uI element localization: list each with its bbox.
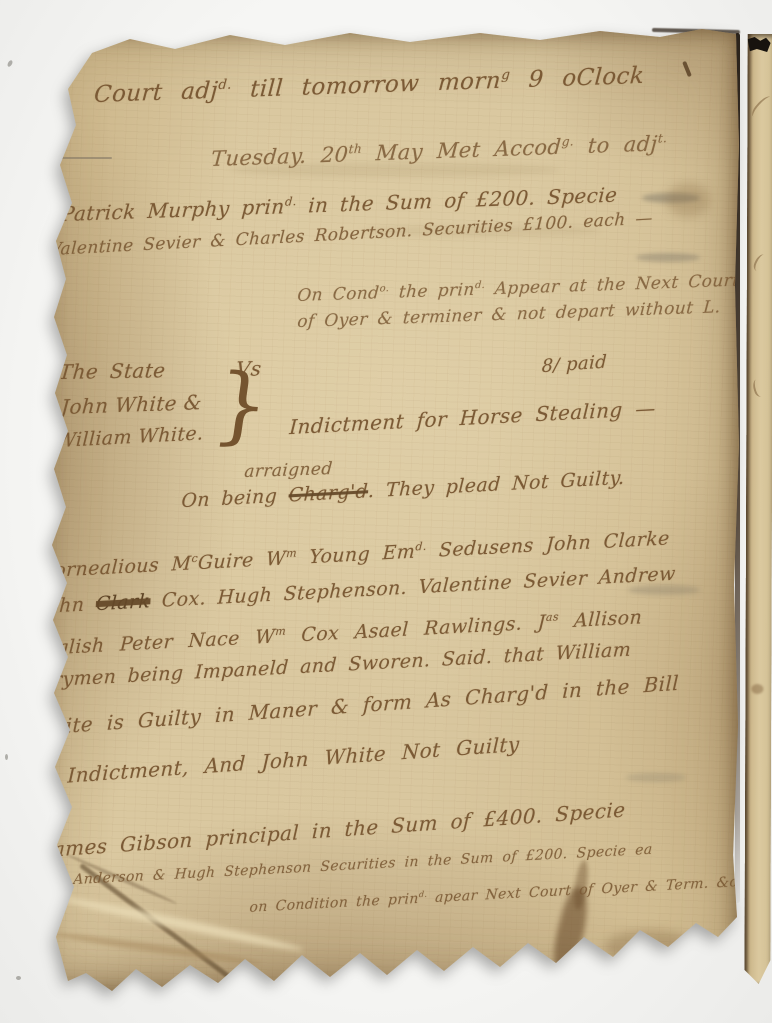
text-run: till tomorrow morn	[231, 68, 502, 103]
manuscript-scan: Court adjd. till tomorrow morng 9 oClock…	[0, 0, 772, 1023]
text-run: Young Em	[296, 541, 416, 569]
dust-speck	[16, 976, 21, 980]
superscript-text: as	[546, 610, 560, 624]
text-run: John	[39, 593, 97, 618]
text-run: to adj	[573, 131, 658, 158]
text-run: May Met Accod	[361, 135, 562, 166]
line-tuesday-met: Tuesday. 20th May Met Accodg. to adjt.	[210, 131, 668, 171]
superscript-text: m	[286, 547, 298, 561]
text-run: Guire W	[197, 547, 286, 574]
line-indictment: Indictment for Horse Stealing —	[289, 396, 657, 439]
text-run: on Condition the prin	[249, 891, 419, 916]
text-run: Court adj	[93, 78, 219, 108]
line-gibson-condition: on Condition the prind. apear Next Court…	[249, 872, 743, 916]
bleedthrough-mark	[752, 253, 769, 274]
stain-spot	[751, 684, 763, 694]
superscript-text: d.	[218, 78, 233, 94]
text-run: 8/ paid	[541, 351, 607, 377]
text-run: arraigned	[244, 459, 334, 482]
superscript-text: th	[348, 142, 363, 157]
line-defendant-william: William White.	[56, 422, 204, 452]
struck-text: Charg'd	[288, 480, 369, 506]
struck-text: Clark	[95, 590, 151, 615]
bleedthrough-mark	[749, 94, 772, 121]
superscript-text: d.	[285, 194, 298, 208]
text-run: . They plead Not Guilty.	[368, 467, 626, 503]
line-fee-paid: 8/ paid	[541, 351, 607, 377]
text-run: On being	[181, 484, 289, 512]
superscript-text: g.	[561, 134, 574, 148]
text-run: 9 oClock	[509, 63, 645, 94]
text-run: William White.	[56, 422, 204, 452]
superscript-text: d.	[415, 540, 427, 554]
next-page-edge	[744, 34, 772, 984]
line-court-adjourned: Court adjd. till tomorrow morng 9 oClock	[93, 63, 645, 108]
binding-mark	[748, 37, 771, 52]
line-arraigned-insert: arraigned	[244, 459, 334, 482]
text-run: the prin	[388, 280, 475, 303]
text-run: Allison	[558, 606, 643, 632]
text-run: Tuesday. 20	[210, 142, 349, 171]
page-lines: Court adjd. till tomorrow morng 9 oClock…	[30, 25, 742, 997]
superscript-text: m	[275, 625, 287, 639]
line-defendant-john: John White &	[60, 390, 202, 419]
text-run: Cox Asael Rawlings. J	[285, 611, 546, 647]
dust-speck	[5, 754, 8, 760]
dust-speck	[7, 59, 14, 67]
superscript-text: t.	[657, 131, 668, 145]
text-run: of Indictment, And John White Not Guilty	[31, 732, 520, 790]
text-run: On Cond	[297, 283, 381, 306]
text-run: Indictment for Horse Stealing —	[289, 396, 657, 439]
manuscript-page: Court adjd. till tomorrow morng 9 oClock…	[30, 25, 742, 997]
text-run: Cornealious M	[39, 552, 192, 582]
text-run: John White &	[60, 390, 202, 419]
bleedthrough-mark	[751, 378, 767, 399]
text-run: English Peter Nace W	[29, 625, 276, 660]
text-run: apear Next Court of Oyer & Term. &c.	[427, 874, 743, 907]
scan-background: { "page": { "type": "handwritten-court-m…	[0, 0, 772, 1023]
text-run: Appear at the Next Court	[484, 271, 740, 300]
text-run: Patrick Murphy prin	[60, 194, 285, 226]
text-run: Sedusens John Clarke	[426, 527, 670, 562]
line-verdict-2: of Indictment, And John White Not Guilty	[31, 732, 520, 790]
